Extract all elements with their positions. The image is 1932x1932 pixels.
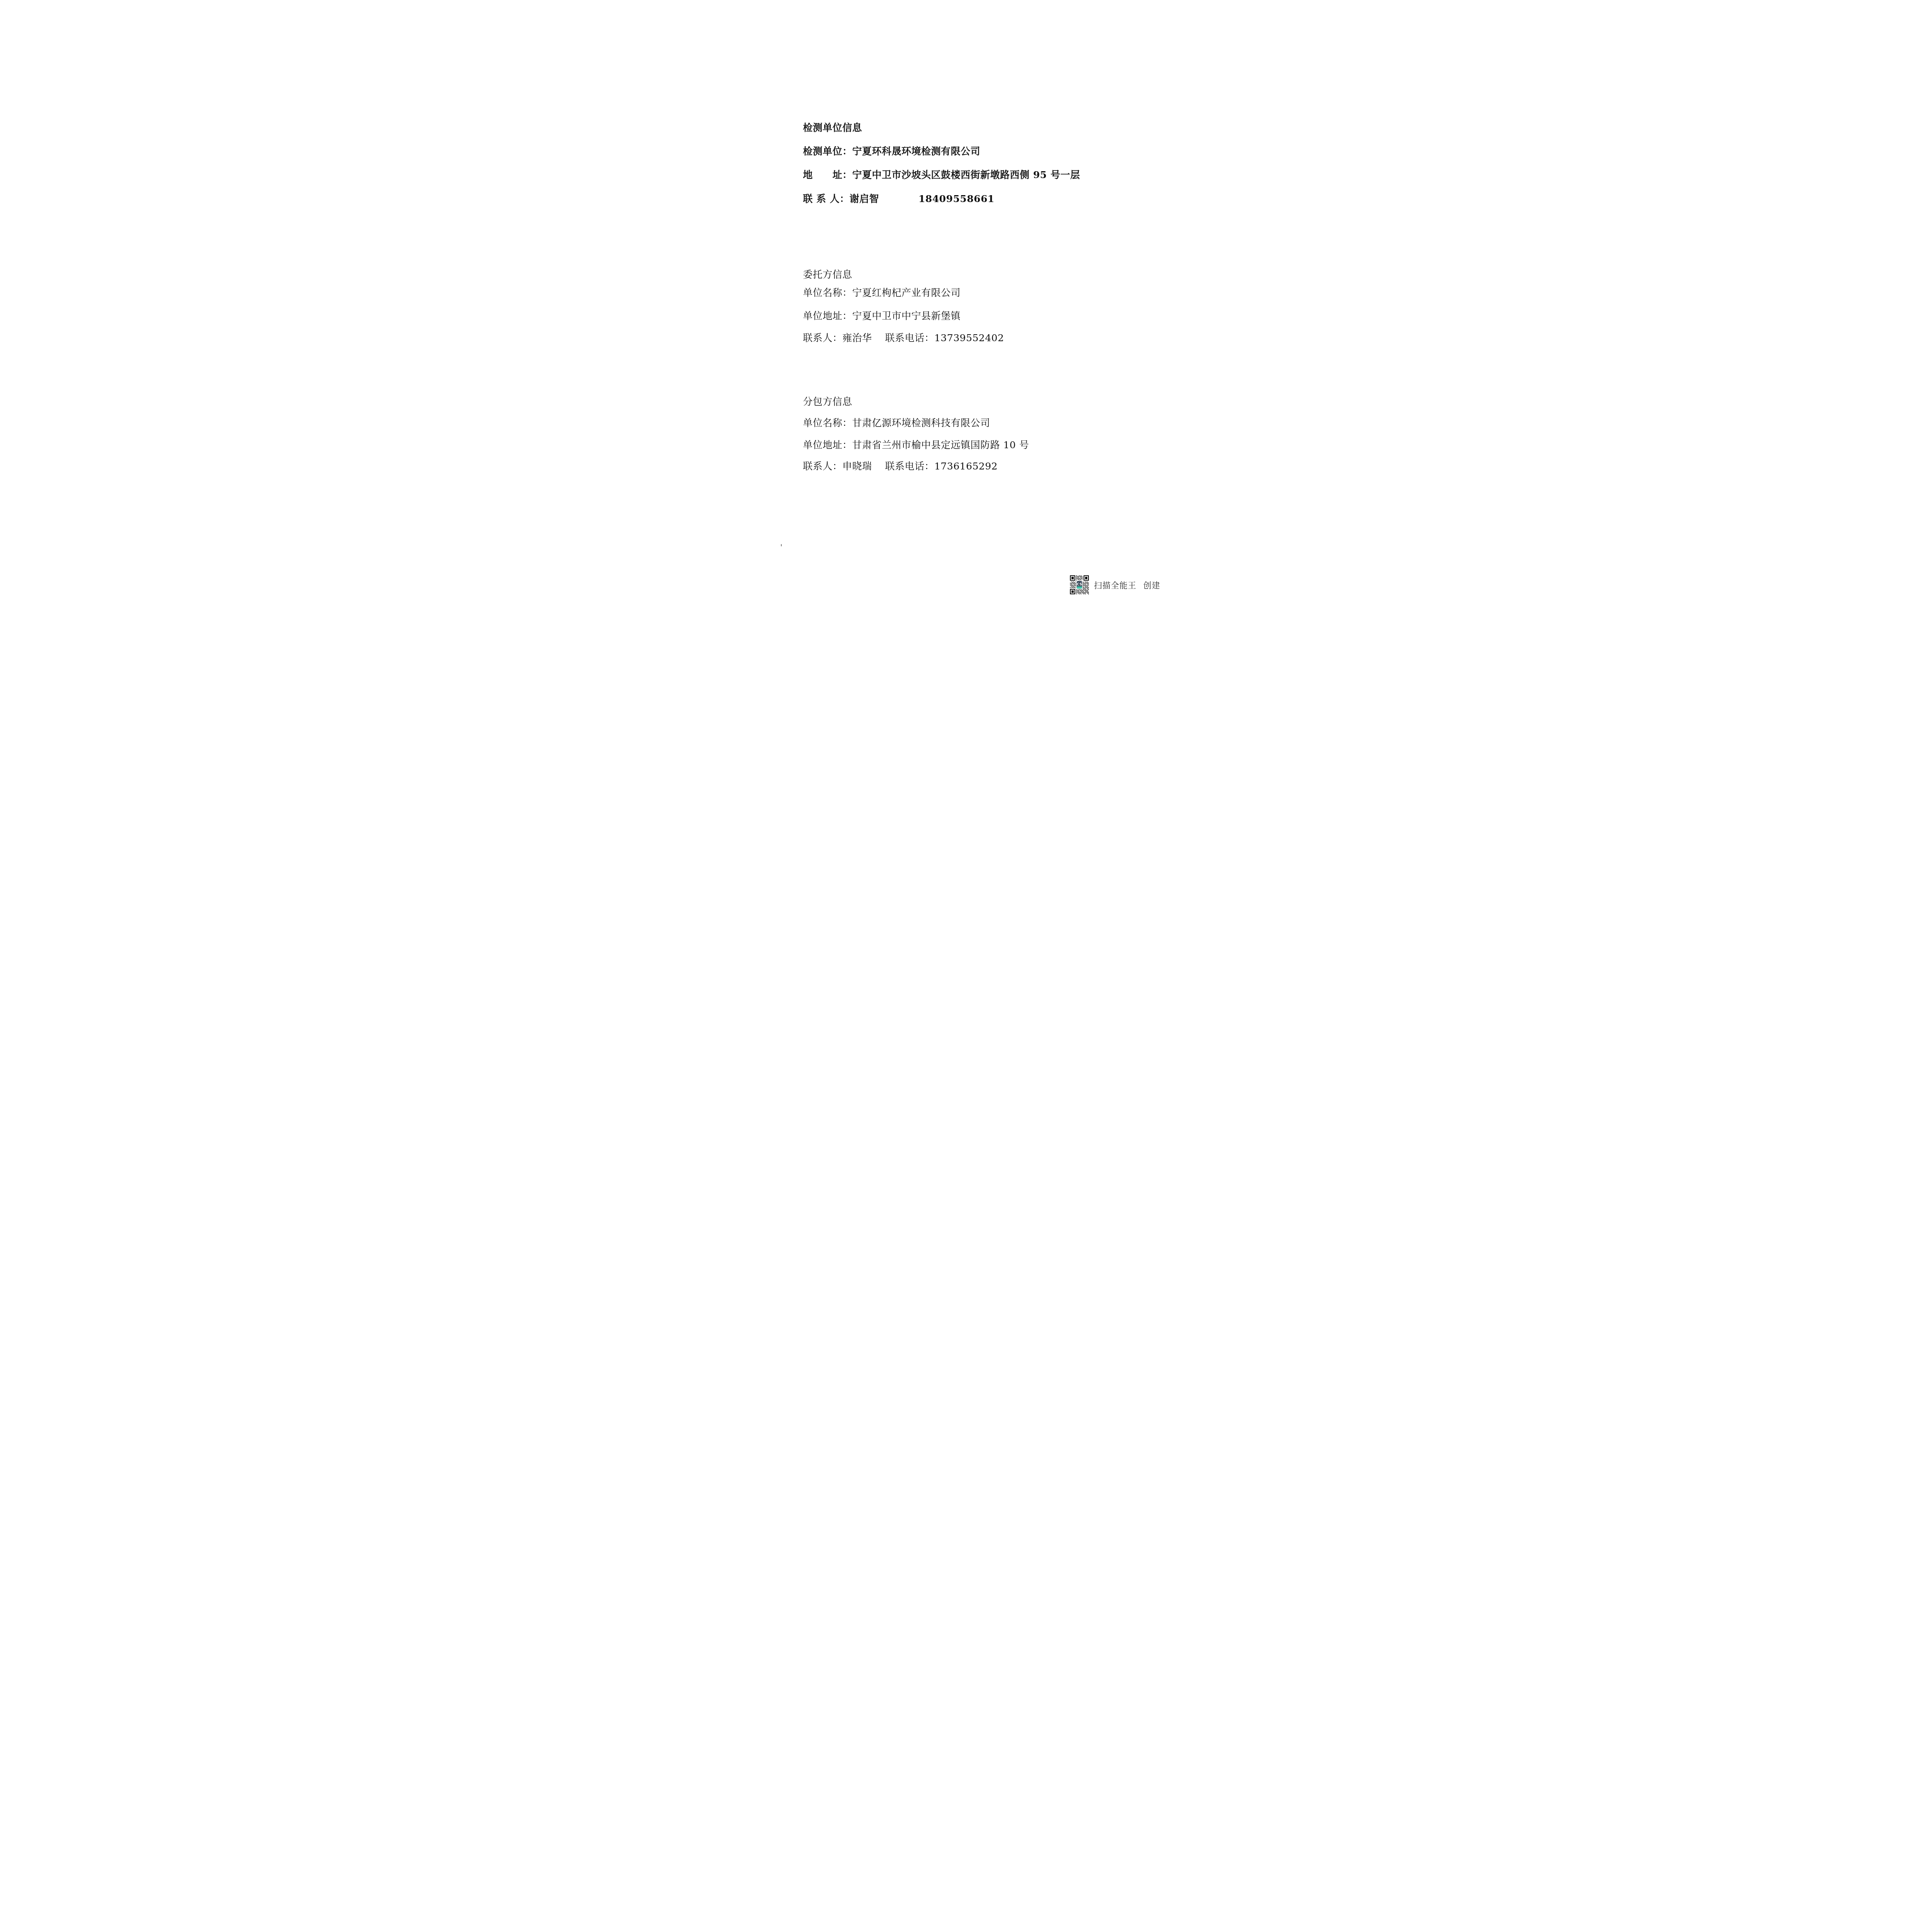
info-line-subcontractor-address: 单位地址：甘肃省兰州市榆中县定远镇国防路 10 号 <box>803 439 1029 452</box>
section-title: 委托方信息 <box>803 268 852 281</box>
scan-artifact-dot <box>781 544 782 546</box>
camscanner-watermark: CS 扫描全能王 创建 <box>1070 575 1160 594</box>
scanned-document-page: 检测单位信息 检测单位：宁夏环科晟环境检测有限公司 地 址：宁夏中卫市沙坡头区鼓… <box>753 0 1179 602</box>
info-line-subcontractor-name: 单位名称：甘肃亿源环境检测科技有限公司 <box>803 417 990 430</box>
info-line-testing-unit-contact: 联 系 人：谢启智 18409558661 <box>803 192 995 206</box>
camscanner-cs-logo: CS <box>1076 580 1083 589</box>
info-line-testing-unit-address: 地 址：宁夏中卫市沙坡头区鼓楼西街新墩路西侧 95 号一层 <box>803 168 1080 182</box>
qr-code: CS <box>1070 575 1089 594</box>
info-line-client-address: 单位地址：宁夏中卫市中宁县新堡镇 <box>803 310 961 323</box>
info-line-subcontractor-contact: 联系人：申晓瑞 联系电话：1736165292 <box>803 460 998 473</box>
info-line-testing-unit-name: 检测单位：宁夏环科晟环境检测有限公司 <box>803 145 980 158</box>
info-line-client-name: 单位名称：宁夏红枸杞产业有限公司 <box>803 286 961 299</box>
qr-logo-text: CS <box>1077 583 1082 587</box>
scanner-credit-text: 扫描全能王 创建 <box>1094 579 1160 591</box>
info-line-client-contact: 联系人：雍治华 联系电话：13739552402 <box>803 332 1004 345</box>
section-title: 检测单位信息 <box>803 121 862 134</box>
section-title: 分包方信息 <box>803 395 852 408</box>
